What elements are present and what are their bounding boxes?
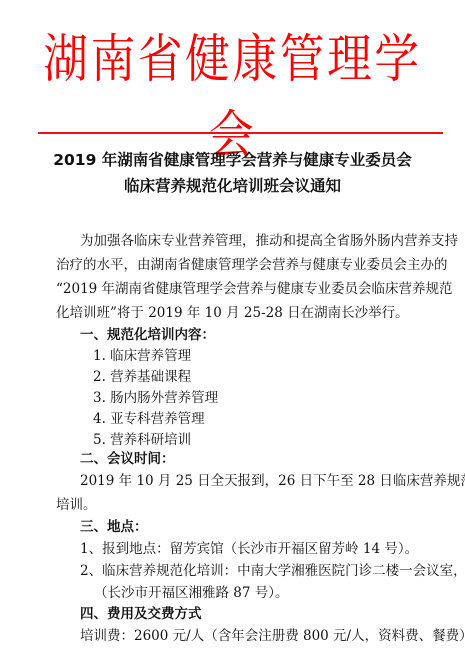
intro-line: 治疗的水平，由湖南省健康管理学会营养与健康专业委员会主办的: [56, 256, 448, 274]
list-item: 3. 肠内肠外营养管理: [93, 389, 218, 407]
section-heading: 三、地点：: [80, 518, 148, 536]
body-line: 2019 年 10 月 25 日全天报到，26 日下午至 28 日临床营养规范化: [80, 472, 465, 490]
document-title-line2: 临床营养规范化培训班会议通知: [0, 174, 465, 196]
section-heading: 二、会议时间：: [80, 450, 175, 468]
body-line: 培训。: [56, 496, 97, 514]
intro-line: 为加强各临床专业营养管理，推动和提高全省肠外肠内营养支持: [80, 232, 458, 250]
list-item: 1. 临床营养管理: [93, 347, 191, 365]
section-heading: 一、规范化培训内容：: [80, 326, 215, 344]
body-line: 2、临床营养规范化培训：中南大学湘雅医院门诊二楼一会议室，: [80, 562, 465, 580]
intro-line: 化培训班”将于 2019 年 10 月 25-28 日在湖南长沙举行。: [56, 304, 409, 322]
body-line: 培训费：2600 元/人（含年会注册费 800 元/人，资料费、餐费）；: [80, 627, 465, 645]
document-title-line1: 2019 年湖南省健康管理学会营养与健康专业委员会: [0, 148, 465, 170]
section-heading: 四、费用及交费方式: [80, 605, 202, 623]
intro-line: “2019 年湖南省健康管理学会营养与健康专业委员会临床营养规范: [56, 280, 453, 298]
list-item: 5. 营养科研培训: [93, 431, 191, 449]
body-line: （长沙市开福区湘雅路 87 号）。: [94, 584, 289, 602]
masthead-divider: [38, 132, 443, 134]
list-item: 4. 亚专科营养管理: [93, 410, 205, 428]
list-item: 2. 营养基础课程: [93, 368, 191, 386]
body-line: 1、报到地点：留芳宾馆（长沙市开福区留芳岭 14 号）。: [80, 540, 418, 558]
